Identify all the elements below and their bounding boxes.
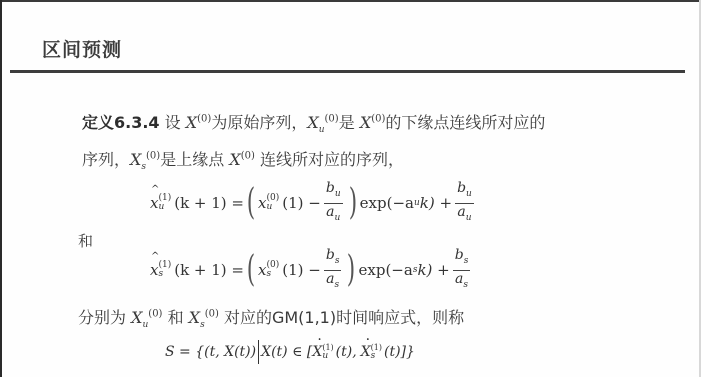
definition-line-3: 分别为 Xu(0) 和 Xs(0) 对应的GM(1,1)时间响应式，则称 — [78, 305, 464, 330]
fraction-bu-au: buau — [324, 180, 343, 227]
right-paren: ) — [348, 185, 356, 221]
fraction-bs-as-2: bsas — [453, 247, 471, 294]
equation-lower-response: x(1)s (k + 1) = ( x(0)s (1) − bsas ) exp… — [150, 245, 473, 295]
left-paren: ( — [247, 252, 255, 288]
definition-line-1: 定义6.3.4 设 X(0)为原始序列，Xu(0)是 X(0)的下缘点连线所对应… — [82, 110, 545, 135]
definition-line-2: 序列，Xs(0)是上缘点 X(0) 连线所对应的序列， — [82, 147, 404, 172]
right-paren: ) — [347, 252, 355, 288]
title-divider — [10, 70, 685, 73]
equation-interval-set: S = {(t, X(t)) X(t) ∈ [ X(1)u(t), X(1)s(… — [165, 338, 415, 366]
slide-left-border — [0, 0, 2, 377]
equation-upper-response: x(1)u (k + 1) = ( x(0)u (1) − buau ) exp… — [150, 178, 477, 228]
fraction-bs-as: bsas — [324, 247, 342, 294]
definition-label: 定义6.3.4 — [82, 113, 160, 132]
slide-top-border — [0, 0, 701, 2]
left-paren: ( — [247, 185, 255, 221]
set-builder-bar — [258, 340, 259, 364]
fraction-bu-au-2: buau — [455, 180, 474, 227]
slide-title: 区间预测 — [42, 35, 122, 62]
conjunction-and: 和 — [78, 230, 93, 251]
